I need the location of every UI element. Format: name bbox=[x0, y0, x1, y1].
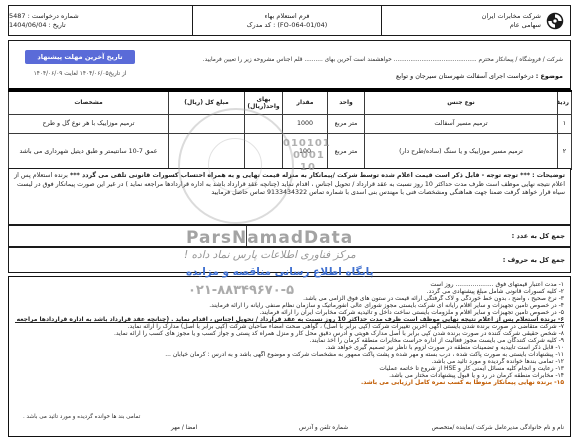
col-item-type: نوع جنس bbox=[365, 91, 558, 114]
term-item: ۱۲- تمامی بندها خوانده گردیده و مورد تائ… bbox=[15, 358, 564, 365]
item-total-price[interactable] bbox=[169, 114, 245, 133]
term-item: ۹- کلیه شرکت کنندگان می بایست مجوز فعالی… bbox=[15, 337, 564, 344]
signature-seal-label: امضا / مهر bbox=[171, 425, 197, 431]
col-unit-price: بهای واحد(ریال) bbox=[245, 91, 283, 114]
item-unit: متر مربع bbox=[328, 133, 365, 169]
form-header: شرکت مخابرات ایران سهامی عام فرم استعلام… bbox=[8, 5, 571, 36]
item-specs: ترمیم موزاییک با هر نوع گل و طرح bbox=[9, 114, 169, 133]
company-cell: شرکت مخابرات ایران سهامی عام bbox=[382, 6, 570, 35]
items-table: ردیف نوع جنس واحد مقدار بهای واحد(ریال) … bbox=[8, 90, 572, 170]
company-name: شرکت مخابرات ایران bbox=[482, 12, 541, 21]
form-title-cell: فرم استعلام بهاء کد مدرک : (FO-064-01/04… bbox=[192, 6, 382, 35]
item-quantity: 1000 bbox=[283, 114, 328, 133]
total-in-words-label: جمع کل به حروف : bbox=[503, 256, 570, 264]
total-in-digits-row: جمع کل به عدد : bbox=[8, 225, 571, 247]
remarks-label: توضیحات : bbox=[532, 172, 565, 179]
total-divider bbox=[246, 226, 247, 246]
item-unit-price[interactable] bbox=[245, 133, 283, 169]
col-total-price: مبلغ کل (ریال) bbox=[169, 91, 245, 114]
item-total-price[interactable] bbox=[169, 133, 245, 169]
col-quantity: مقدار bbox=[283, 91, 328, 114]
row-number: ۲ bbox=[558, 133, 572, 169]
item-unit: متر مربع bbox=[328, 114, 365, 133]
intro-section: شرکت / فروشگاه / پیمانکار محترم ........… bbox=[8, 40, 571, 90]
request-date: تاریخ : 1404/06/04 bbox=[9, 21, 66, 30]
signature-phone-label: شماره تلفن و آدرس bbox=[299, 425, 348, 431]
term-item: ۴- در خصوص تامین تجهیزات و سایر اقلام را… bbox=[15, 302, 564, 309]
term-item: ۶- برنده استعلام پس از اعلام نتیجه نهایی… bbox=[15, 316, 564, 323]
term-item: ۱۰- قابل ذکر است تاییدیه و تضمینات منطقه… bbox=[15, 344, 564, 351]
term-item: ۷- شرکت متقاضی در صورت برنده شدن بایستی … bbox=[15, 323, 564, 330]
item-specs: عمق 7-10 سانتیمتر و طبق دیتیل شهرداری می… bbox=[9, 133, 169, 169]
items-table-header-row: ردیف نوع جنس واحد مقدار بهای واحد(ریال) … bbox=[9, 91, 572, 114]
term-item-highlight: ۱۵- برنده نهایی پیمانکار منوطا به کسب نم… bbox=[15, 379, 564, 386]
item-quantity: 100 bbox=[283, 133, 328, 169]
term-item: ۱- مدت اعتبار قیمتهای فوق ..............… bbox=[15, 281, 564, 288]
table-row: ۲ ترمیم مسیر موزاییک و یا سنگ (ساده/طرح … bbox=[9, 133, 572, 169]
col-unit: واحد bbox=[328, 91, 365, 114]
request-number: شماره درخواست : 5487 bbox=[9, 12, 79, 21]
item-type: ترمیم مسیر موزاییک و یا سنگ (ساده/طرح دا… bbox=[365, 133, 558, 169]
deadline-range: از تاریخ۱۴۰۴/۰۶/۰۵ لغایت ۱۴۰۴/۰۶/۰۹ bbox=[25, 71, 135, 77]
subject-line: موضوع : درخواست اجرای آسفالت شهرستان سیر… bbox=[396, 72, 563, 80]
term-item: ۱۱- پیشنهادات بایستی به صورت پاکت شده ، … bbox=[15, 351, 564, 358]
col-row-number: ردیف bbox=[558, 91, 572, 114]
term-item: ۱۴- مخابرات منطقه کرمان در رد و یا قبول … bbox=[15, 372, 564, 379]
term-item: ۲- کلیه کسورات قانونی شامل مبلغ پیشنهادی… bbox=[15, 288, 564, 295]
subject-label: موضوع : bbox=[536, 72, 563, 80]
term-item: ۸- شخص حقیقی شرکت کننده در صورت برنده شد… bbox=[15, 330, 564, 337]
item-unit-price[interactable] bbox=[245, 114, 283, 133]
request-meta-cell: شماره درخواست : 5487 تاریخ : 1404/06/04 bbox=[9, 6, 192, 35]
signature-name-label: نام و نام خانوادگی مدیرعامل شرکت /نمایند… bbox=[432, 425, 564, 431]
table-row: ۱ ترمیم مسیر آسفالت متر مربع 1000 ترمیم … bbox=[9, 114, 572, 133]
doc-code: کد مدرک : (FO-064-01/04) bbox=[247, 21, 328, 30]
subject-text: درخواست اجرای آسفالت شهرستان سیرجان و تو… bbox=[396, 72, 534, 80]
deadline-button[interactable]: تاریخ آخرین مهلت پیشنهاد bbox=[25, 50, 135, 64]
company-type: سهامی عام bbox=[510, 21, 541, 30]
row-number: ۱ bbox=[558, 114, 572, 133]
term-item: ۳- نرخ صحیح ، واضح ، بدون خط خوردگی و لا… bbox=[15, 295, 564, 302]
tci-logo-icon bbox=[546, 12, 564, 30]
remarks-section: توضیحات : *** توجه توجه - قابل ذکر است ق… bbox=[8, 168, 571, 225]
item-type: ترمیم مسیر آسفالت bbox=[365, 114, 558, 133]
total-in-digits-label: جمع کل به عدد : bbox=[512, 232, 570, 240]
terms-section: ۱- مدت اعتبار قیمتهای فوق ..............… bbox=[8, 276, 571, 437]
term-item: ۱۳- رعایت و انجام کلیه مسائل ایمنی کار و… bbox=[15, 365, 564, 372]
confirmation-line: تمامی بند ها خوانده گردیده و مورد تائید … bbox=[23, 414, 140, 420]
form-title: فرم استعلام بهاء bbox=[265, 12, 310, 21]
addressee-line: شرکت / فروشگاه / پیمانکار محترم ........… bbox=[203, 57, 563, 63]
remarks-warning: *** توجه توجه - قابل ذکر است قیمت اعلام … bbox=[70, 172, 530, 179]
col-specs: مشخصات bbox=[9, 91, 169, 114]
total-in-words-row: جمع کل به حروف : bbox=[8, 247, 571, 273]
term-item: ۵- در خصوص تامین تجهیزات و سایر اقلام و … bbox=[15, 309, 564, 316]
